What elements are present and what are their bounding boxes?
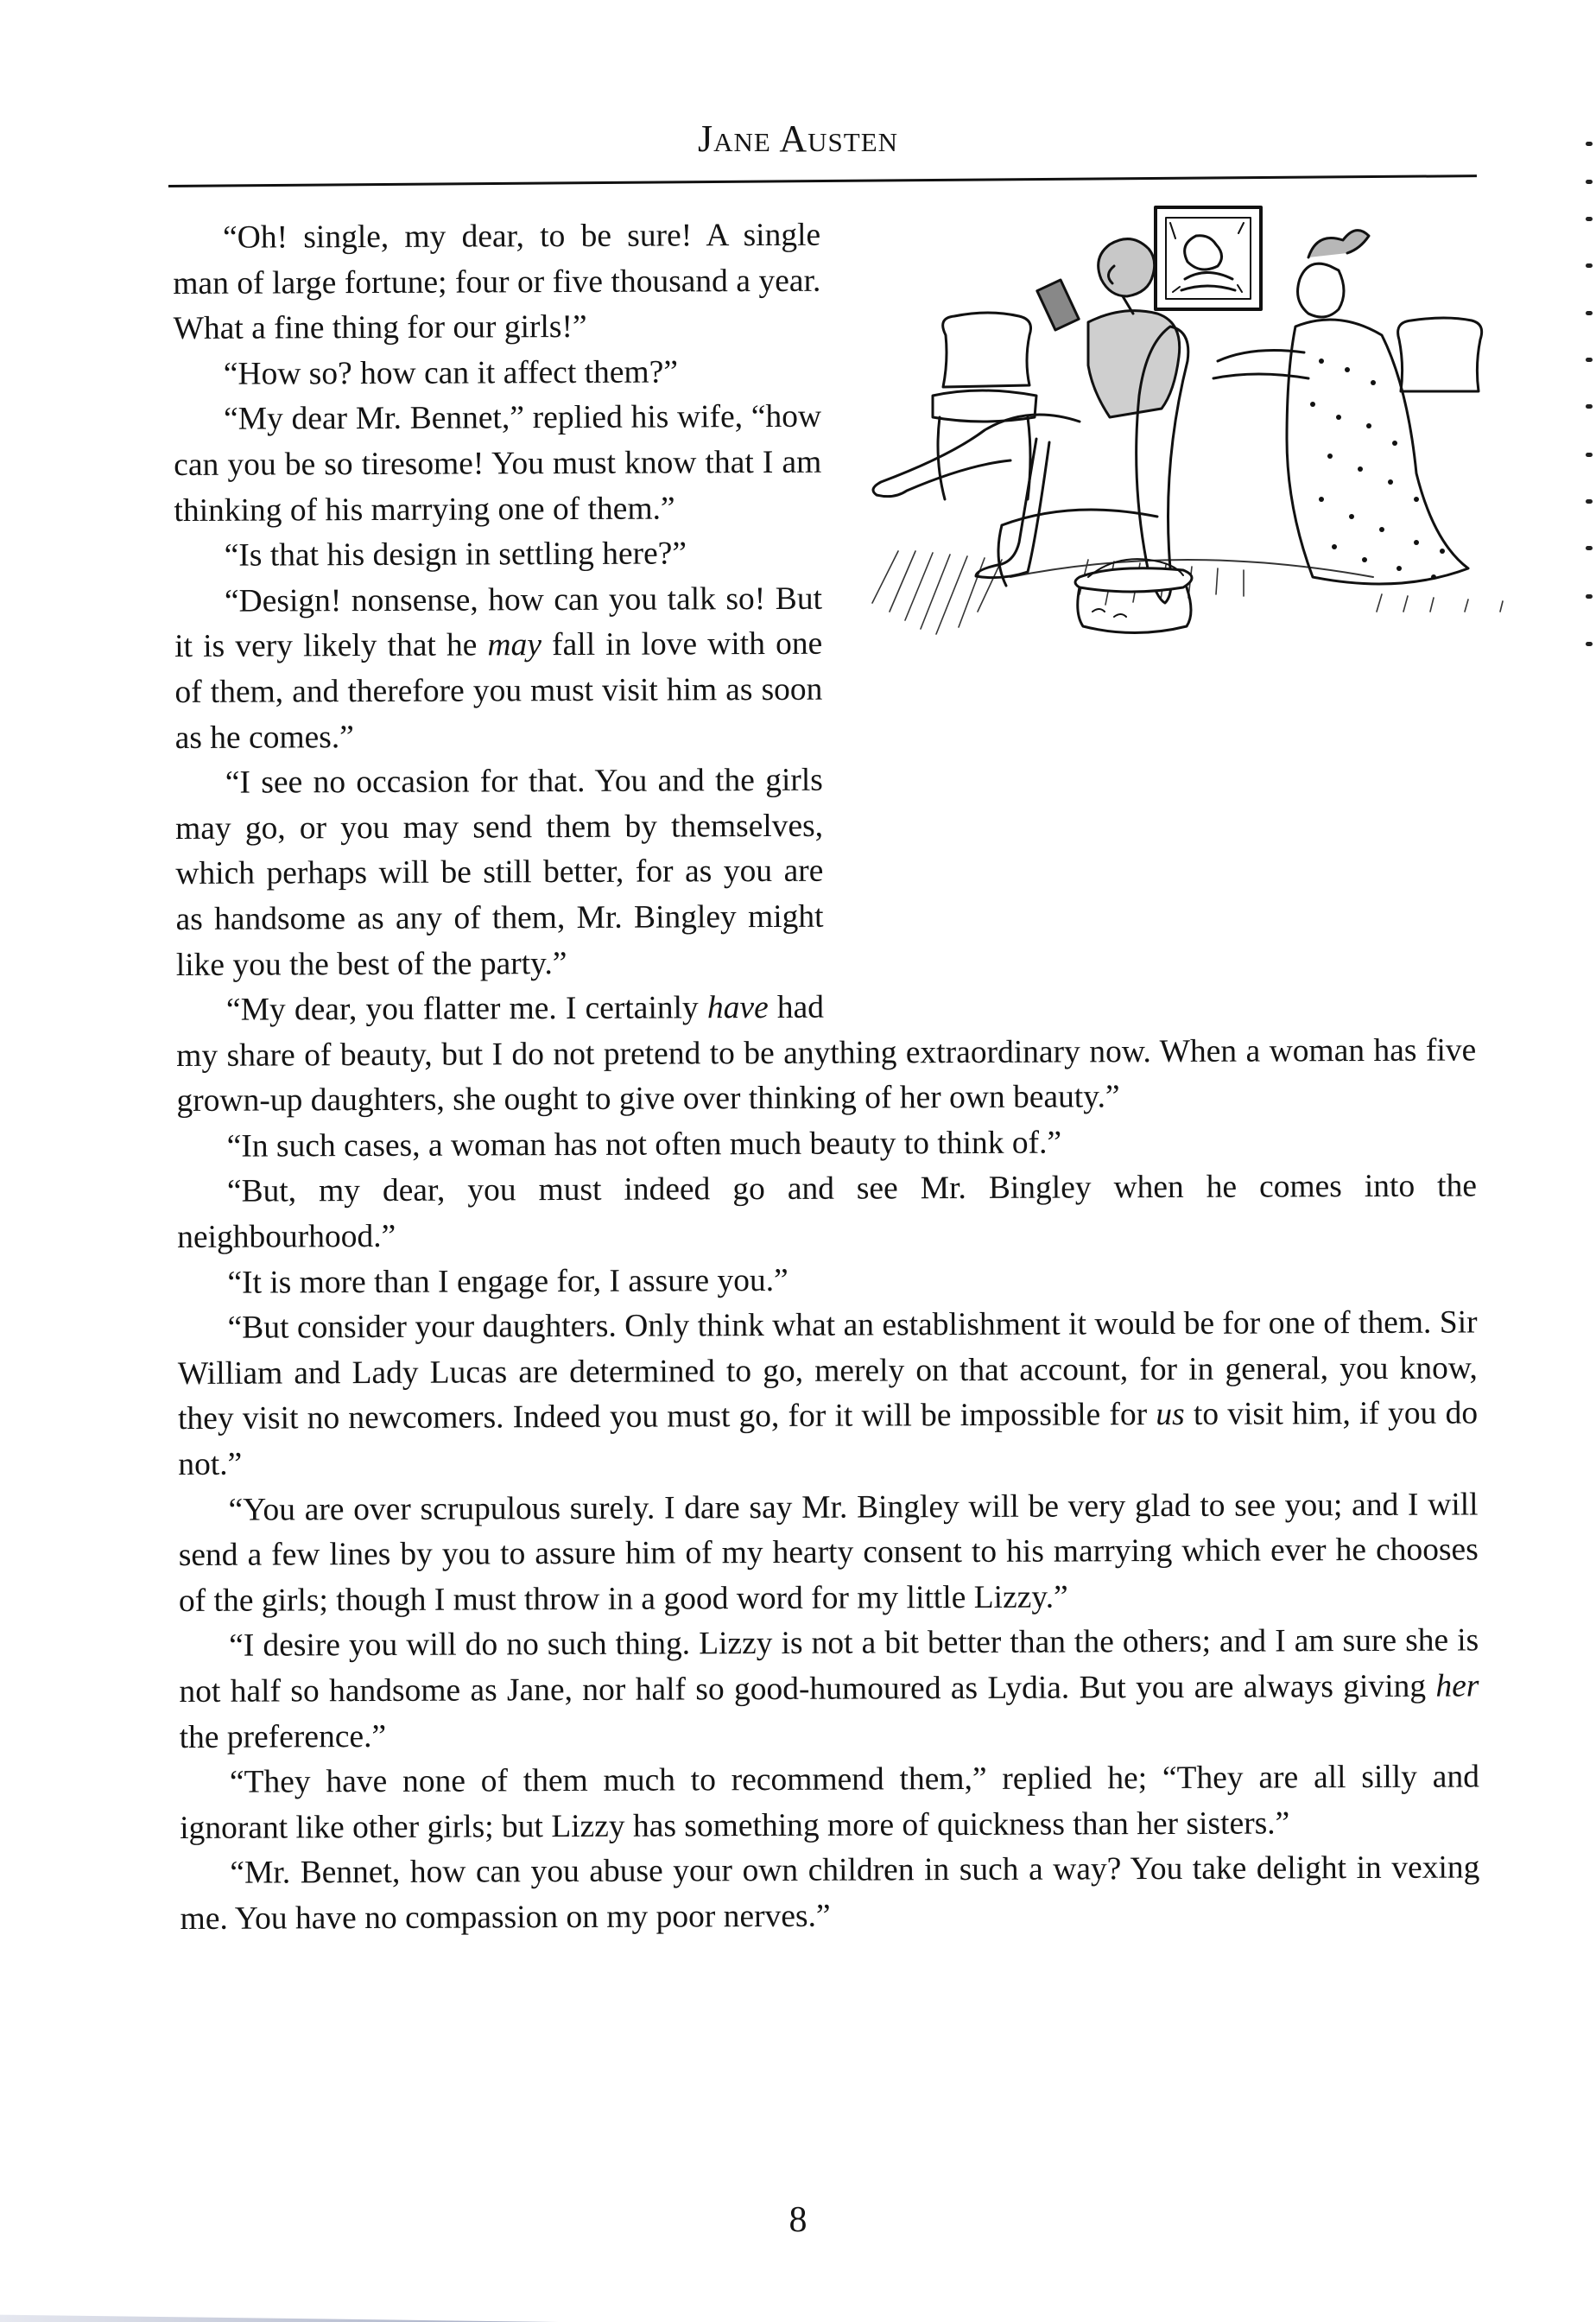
book-page: Jane Austen (0, 0, 1596, 2322)
edge-mark (1586, 499, 1593, 504)
paragraph: “In such cases, a woman has not often mu… (177, 1119, 1477, 1170)
paragraph: “But, my dear, you must indeed go and se… (177, 1164, 1477, 1261)
running-head: Jane Austen (0, 117, 1596, 161)
edge-mark (1586, 358, 1593, 362)
emphasis: have (707, 990, 769, 1025)
emphasis: may (487, 627, 541, 663)
header-rule (168, 174, 1477, 187)
page-edge-marks (1582, 130, 1596, 2203)
illustration-wrap-space (838, 193, 1485, 1025)
paragraph: “I desire you will do no such thing. Liz… (179, 1619, 1479, 1761)
edge-mark (1586, 263, 1593, 268)
paragraph: “You are over scrupulous surely. I dare … (178, 1482, 1479, 1624)
page-bottom-edge (0, 2310, 1596, 2322)
edge-mark (1586, 546, 1593, 550)
page-number: 8 (0, 2199, 1596, 2241)
paragraph: “It is more than I engage for, I assure … (177, 1255, 1477, 1306)
edge-mark (1586, 453, 1593, 457)
edge-mark (1586, 217, 1593, 221)
paragraph: “But consider your daughters. Only think… (178, 1301, 1479, 1488)
edge-mark (1586, 642, 1593, 646)
paragraph: “Mr. Bennet, how can you abuse your own … (180, 1846, 1479, 1943)
edge-mark (1586, 142, 1593, 146)
edge-mark (1586, 594, 1593, 599)
emphasis: her (1435, 1668, 1479, 1703)
body-text: “Oh! single, my dear, to be sure! A sing… (173, 210, 1480, 1942)
edge-mark (1586, 404, 1593, 409)
emphasis: us (1156, 1397, 1185, 1432)
edge-mark (1586, 180, 1593, 184)
edge-mark (1586, 311, 1593, 315)
paragraph: “They have none of them much to recommen… (180, 1755, 1479, 1852)
